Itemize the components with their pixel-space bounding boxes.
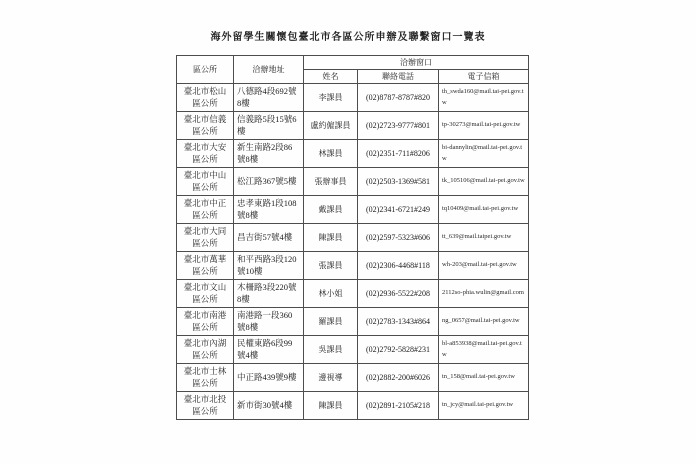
- email-cell: tq10409@mail.tai-pei.gov.tw: [439, 196, 529, 224]
- email-cell: bl-a853938@mail.tai-pei.gov.tw: [439, 336, 529, 364]
- email-cell: tt_639@mail.taipei.gov.tw: [439, 224, 529, 252]
- table-row: 臺北市中正區公所 忠孝東路1段108號8樓 戴課員 (02)2341-6721#…: [177, 196, 529, 224]
- contact-name-cell: 陳課員: [304, 224, 358, 252]
- email-cell: tk_105106@mail.tai-pei.gov.tw: [439, 168, 529, 196]
- contact-name-cell: 林小姐: [304, 280, 358, 308]
- page-title: 海外留學生關懷包臺北市各區公所申辦及聯繫窗口一覽表: [0, 28, 696, 43]
- phone-cell: (02)2503-1369#581: [358, 168, 439, 196]
- address-cell: 木柵路3段220號8樓: [234, 280, 304, 308]
- contact-name-cell: 羅課員: [304, 308, 358, 336]
- header-name: 姓名: [304, 70, 358, 84]
- table-row: 臺北市大安區公所 新生南路2段86號8樓 林課員 (02)2351-711#82…: [177, 140, 529, 168]
- header-phone: 聯絡電話: [358, 70, 439, 84]
- phone-cell: (02)2351-711#8206: [358, 140, 439, 168]
- address-cell: 新市街30號4樓: [234, 392, 304, 420]
- contact-name-cell: 李課員: [304, 84, 358, 112]
- table-row: 臺北市萬華區公所 和平西路3段120號10樓 張課員 (02)2306-4468…: [177, 252, 529, 280]
- phone-cell: (02)8787-8787#820: [358, 84, 439, 112]
- email-cell: wh-203@mail.tai-pei.gov.tw: [439, 252, 529, 280]
- district-office-cell: 臺北市信義區公所: [177, 112, 234, 140]
- table-row: 臺北市南港區公所 南港路一段360號8樓 羅課員 (02)2783-1343#8…: [177, 308, 529, 336]
- address-cell: 八德路4段692號8樓: [234, 84, 304, 112]
- table-row: 臺北市松山區公所 八德路4段692號8樓 李課員 (02)8787-8787#8…: [177, 84, 529, 112]
- district-office-cell: 臺北市大同區公所: [177, 224, 234, 252]
- address-cell: 民權東路6段99號4樓: [234, 336, 304, 364]
- address-cell: 忠孝東路1段108號8樓: [234, 196, 304, 224]
- contact-name-cell: 盧約僱課員: [304, 112, 358, 140]
- contact-name-cell: 張課員: [304, 252, 358, 280]
- phone-cell: (02)2882-200#6026: [358, 364, 439, 392]
- table-row: 臺北市北投區公所 新市街30號4樓 陳課員 (02)2891-2105#218 …: [177, 392, 529, 420]
- phone-cell: (02)2783-1343#864: [358, 308, 439, 336]
- email-cell: th_swda160@mail.tai-pei.gov.tw: [439, 84, 529, 112]
- address-cell: 新生南路2段86號8樓: [234, 140, 304, 168]
- district-office-cell: 臺北市松山區公所: [177, 84, 234, 112]
- header-address: 洽辦地址: [234, 56, 304, 84]
- table-row: 臺北市信義區公所 信義路5段15號6樓 盧約僱課員 (02)2723-9777#…: [177, 112, 529, 140]
- address-cell: 中正路439號9樓: [234, 364, 304, 392]
- email-cell: bi-dannylin@mail.tai-pei.gov.tw: [439, 140, 529, 168]
- email-cell: tn_158@mail.tai-pei.gov.tw: [439, 364, 529, 392]
- phone-cell: (02)2936-5522#208: [358, 280, 439, 308]
- phone-cell: (02)2792-5828#231: [358, 336, 439, 364]
- document-page: 海外留學生關懷包臺北市各區公所申辦及聯繫窗口一覽表 區公所 洽辦地址 洽辦窗口 …: [0, 0, 696, 464]
- email-cell: 2112so-phia.wulin@gmail.com: [439, 280, 529, 308]
- phone-cell: (02)2723-9777#801: [358, 112, 439, 140]
- district-office-cell: 臺北市文山區公所: [177, 280, 234, 308]
- table-row: 臺北市中山區公所 松江路367號5樓 張辦事員 (02)2503-1369#58…: [177, 168, 529, 196]
- contact-name-cell: 邊視導: [304, 364, 358, 392]
- address-cell: 信義路5段15號6樓: [234, 112, 304, 140]
- email-cell: ng_0657@mail.tai-pei.gov.tw: [439, 308, 529, 336]
- table-row: 臺北市士林區公所 中正路439號9樓 邊視導 (02)2882-200#6026…: [177, 364, 529, 392]
- table-row: 臺北市內湖區公所 民權東路6段99號4樓 吳課員 (02)2792-5828#2…: [177, 336, 529, 364]
- table-row: 臺北市文山區公所 木柵路3段220號8樓 林小姐 (02)2936-5522#2…: [177, 280, 529, 308]
- header-row-top: 區公所 洽辦地址 洽辦窗口: [177, 56, 529, 70]
- district-office-cell: 臺北市中正區公所: [177, 196, 234, 224]
- contact-name-cell: 戴課員: [304, 196, 358, 224]
- contact-name-cell: 吳課員: [304, 336, 358, 364]
- phone-cell: (02)2597-5323#606: [358, 224, 439, 252]
- address-cell: 松江路367號5樓: [234, 168, 304, 196]
- email-cell: tp-30273@mail.tai-pei.gov.tw: [439, 112, 529, 140]
- address-cell: 昌吉街57號4樓: [234, 224, 304, 252]
- district-office-cell: 臺北市大安區公所: [177, 140, 234, 168]
- header-contact-group: 洽辦窗口: [304, 56, 529, 70]
- district-office-cell: 臺北市內湖區公所: [177, 336, 234, 364]
- contact-name-cell: 張辦事員: [304, 168, 358, 196]
- phone-cell: (02)2891-2105#218: [358, 392, 439, 420]
- district-office-cell: 臺北市北投區公所: [177, 392, 234, 420]
- phone-cell: (02)2341-6721#249: [358, 196, 439, 224]
- table-body: 臺北市松山區公所 八德路4段692號8樓 李課員 (02)8787-8787#8…: [177, 84, 529, 420]
- address-cell: 南港路一段360號8樓: [234, 308, 304, 336]
- contact-name-cell: 林課員: [304, 140, 358, 168]
- phone-cell: (02)2306-4468#118: [358, 252, 439, 280]
- district-office-cell: 臺北市萬華區公所: [177, 252, 234, 280]
- district-office-cell: 臺北市士林區公所: [177, 364, 234, 392]
- header-email: 電子信箱: [439, 70, 529, 84]
- header-office: 區公所: [177, 56, 234, 84]
- contact-table: 區公所 洽辦地址 洽辦窗口 姓名 聯絡電話 電子信箱 臺北市松山區公所 八德路4…: [176, 55, 529, 420]
- table-row: 臺北市大同區公所 昌吉街57號4樓 陳課員 (02)2597-5323#606 …: [177, 224, 529, 252]
- district-office-cell: 臺北市南港區公所: [177, 308, 234, 336]
- email-cell: tn_jcy@mail.tai-pei.gov.tw: [439, 392, 529, 420]
- address-cell: 和平西路3段120號10樓: [234, 252, 304, 280]
- district-office-cell: 臺北市中山區公所: [177, 168, 234, 196]
- contact-name-cell: 陳課員: [304, 392, 358, 420]
